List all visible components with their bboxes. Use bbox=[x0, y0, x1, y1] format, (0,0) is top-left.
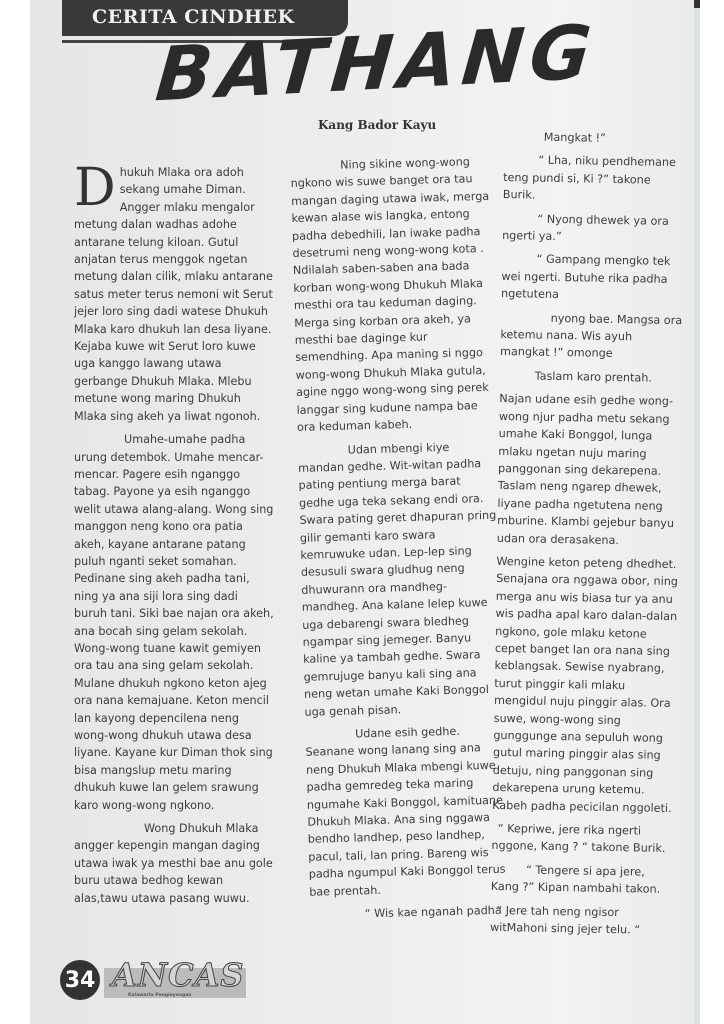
text-column-3: Mangkat !” “ Lha, niku pendhemane teng p… bbox=[490, 128, 686, 946]
paragraph: “ Kepriwe, jere rika ngerti nggone, Kang… bbox=[491, 820, 674, 858]
paragraph: Umahe-umahe padha urung detembok. Umahe … bbox=[74, 431, 274, 814]
story-author: Kang Bador Kayu bbox=[318, 118, 436, 132]
paragraph: “ Nyong dhewek ya ora ngerti ya.” bbox=[502, 210, 685, 248]
text-column-1: Dhukuh Mlaka ora adoh sekang umahe Diman… bbox=[74, 164, 274, 913]
paragraph: nyong bae. Mangsa ora ketemu nana. Wis a… bbox=[500, 309, 683, 364]
page-number-badge: 34 bbox=[60, 960, 100, 1000]
section-label: CERITA CINDHEK bbox=[92, 6, 295, 28]
page-edge bbox=[694, 0, 700, 1024]
paragraph: Wong Dhukuh Mlaka angger kepengin mangan… bbox=[74, 820, 274, 907]
text-column-2: Ning sikine wong-wong ngkono wis suwe ba… bbox=[290, 153, 510, 930]
magazine-tagline: Kalawarta Penginyongan bbox=[128, 993, 191, 998]
paragraph: Taslam karo prentah. bbox=[500, 367, 682, 388]
paragraph: Mangkat !” bbox=[504, 128, 686, 149]
paragraph: “ Gampang mengko tek wei ngerti. Butuhe … bbox=[501, 250, 684, 305]
paragraph: “ Jere tah neng ngisor witMahoni sing je… bbox=[490, 902, 673, 940]
paragraph: Najan udane esih gedhe wong-wong njur pa… bbox=[497, 390, 682, 550]
paragraph: Udan mbengi kiye mandan gedhe. Wit-witan… bbox=[297, 437, 504, 721]
paragraph: Udane esih gedhe. Seanane wong lanang si… bbox=[305, 722, 509, 901]
paragraph: “ Tengere si apa jere, Kang ?” Kipan nam… bbox=[491, 861, 674, 899]
paragraph: “ Lha, niku pendhemane teng pundi si, Ki… bbox=[503, 151, 686, 206]
magazine-logo: ANCAS bbox=[112, 956, 244, 994]
paragraph: Dhukuh Mlaka ora adoh sekang umahe Diman… bbox=[74, 164, 274, 425]
paragraph: Ning sikine wong-wong ngkono wis suwe ba… bbox=[290, 153, 497, 437]
paragraph: Wengine keton peteng dhedhet. Senajana o… bbox=[492, 553, 679, 817]
drop-cap: D bbox=[74, 166, 116, 210]
page-corner-shadow bbox=[694, 0, 700, 8]
paragraph: “ Wis kae nganah padha bbox=[310, 902, 510, 925]
